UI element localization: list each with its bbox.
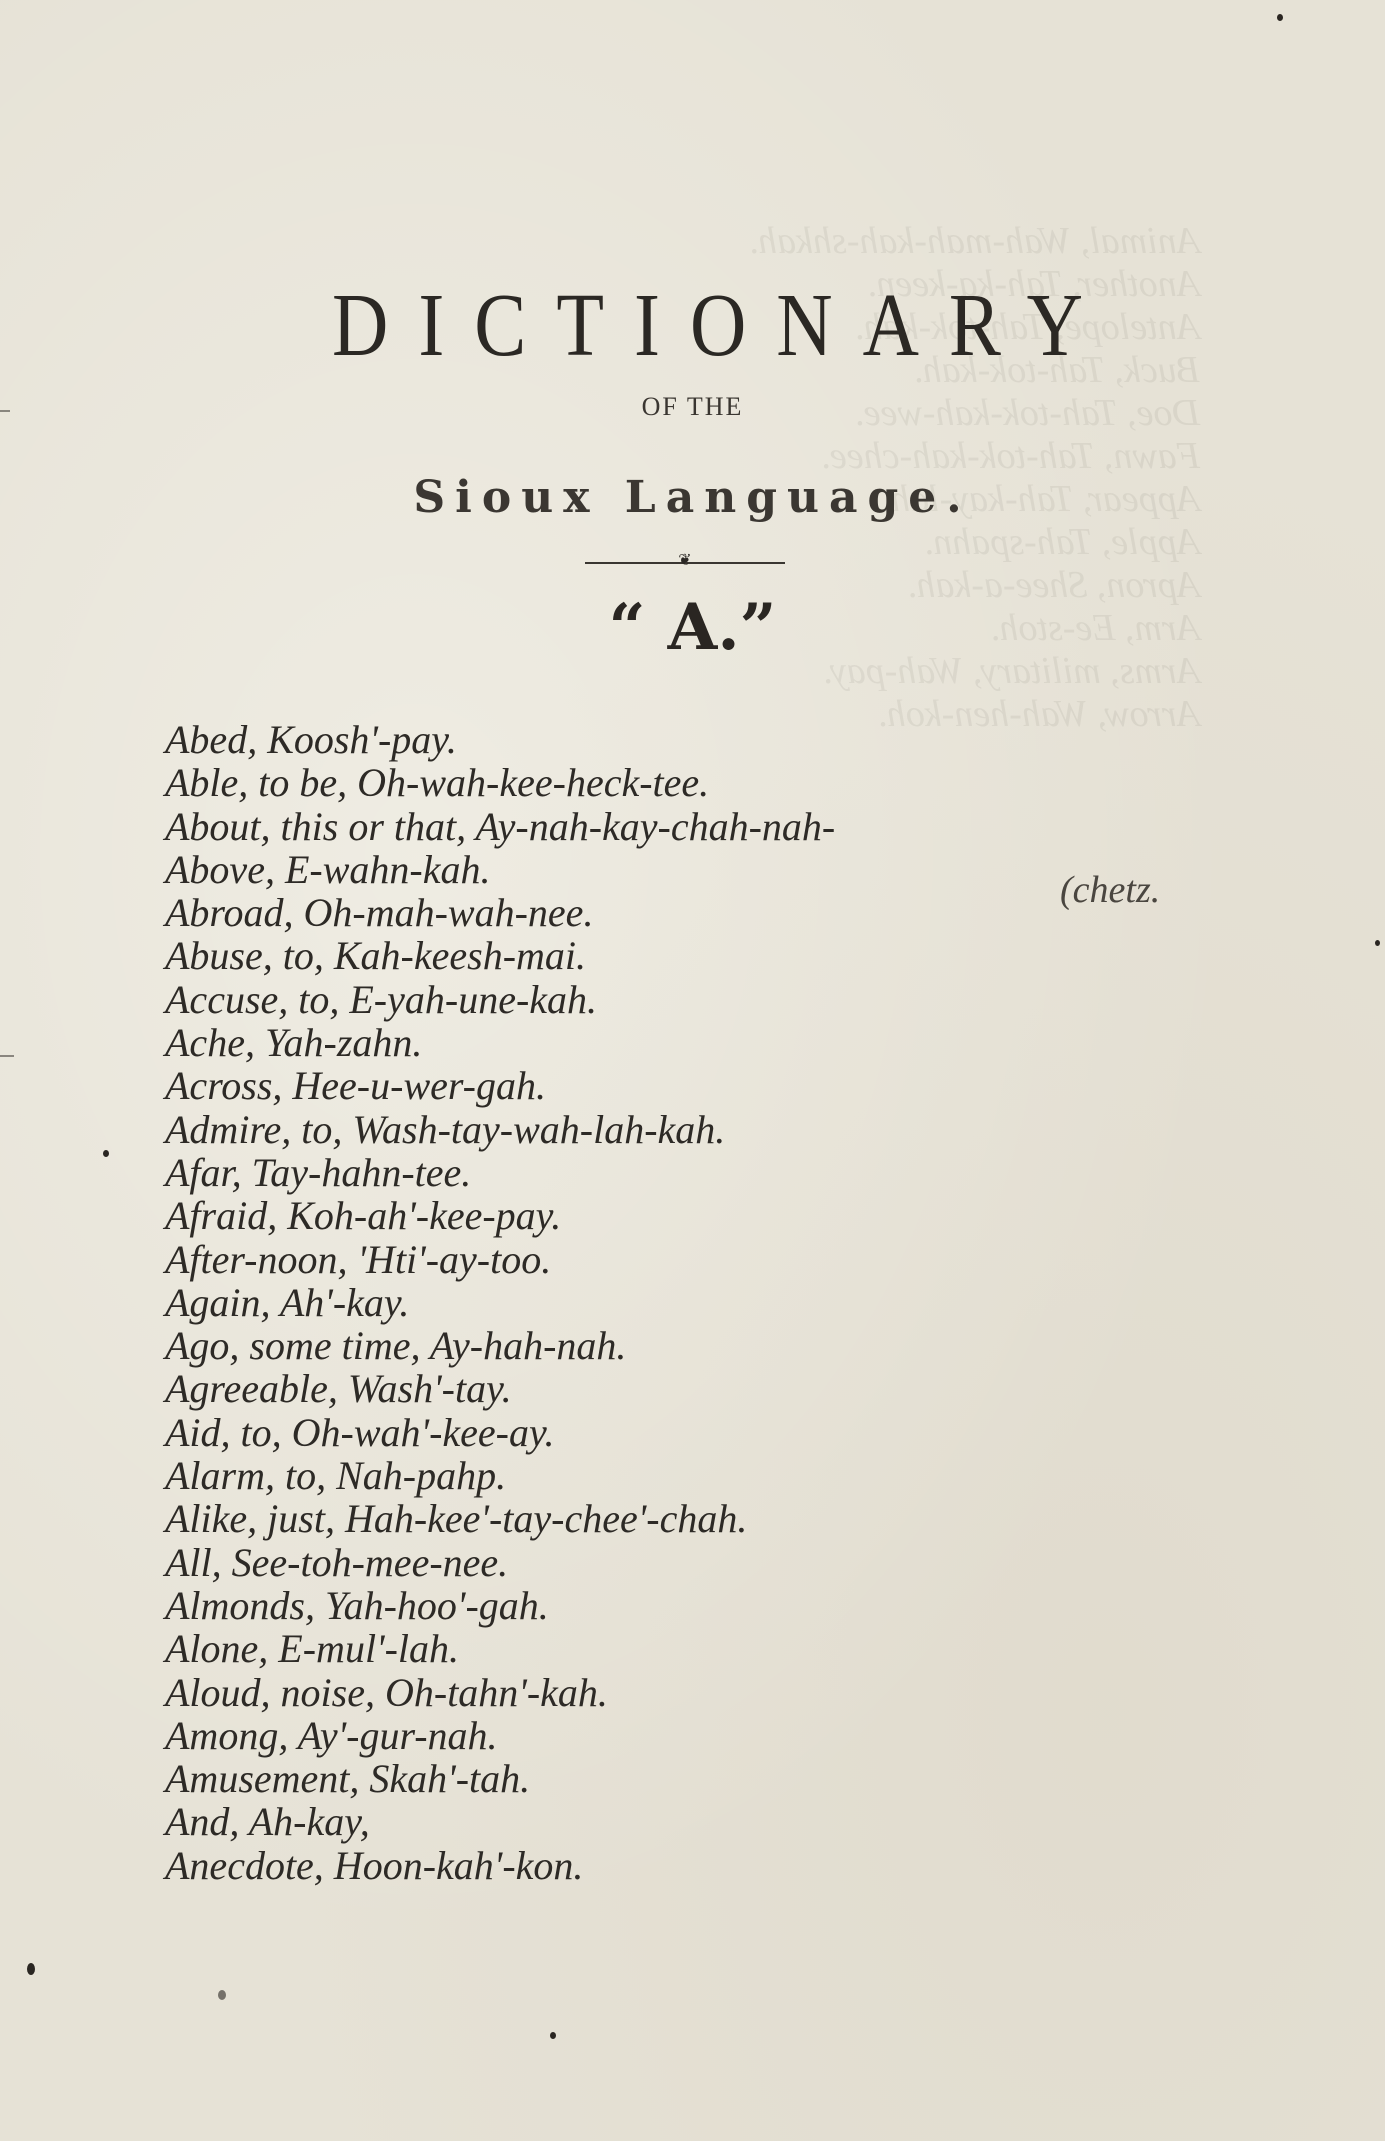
page-title: DICTIONARY (0, 273, 1385, 377)
section-letter-heading: “ A.” (0, 590, 1385, 665)
dictionary-entry: Above, E-wahn-kah. (165, 848, 835, 891)
dictionary-entry: Anecdote, Hoon-kah'-kon. (165, 1844, 835, 1887)
dictionary-entry: Aid, to, Oh-wah'-kee-ay. (165, 1411, 835, 1454)
dictionary-entry: Among, Ay'-gur-nah. (165, 1714, 835, 1757)
dictionary-entry: Again, Ah'-kay. (165, 1281, 835, 1324)
ink-speck (27, 1963, 35, 1975)
dictionary-entry: After-noon, 'Hti'-ay-too. (165, 1238, 835, 1281)
entry-continuation: (chetz. (1060, 868, 1160, 912)
book-page: Animal, Wah-mah-kah-shkah.Another, Tah-k… (0, 0, 1385, 2141)
dictionary-entry: And, Ah-kay, (165, 1800, 835, 1843)
ink-speck (550, 2032, 556, 2039)
dictionary-entry: Alone, E-mul'-lah. (165, 1627, 835, 1670)
rule-ornament-icon: ❦ (670, 550, 700, 569)
ink-speck (1375, 940, 1380, 946)
dictionary-entry: Alike, just, Hah-kee'-tay-chee'-chah. (165, 1497, 835, 1540)
ink-speck (218, 1990, 226, 2000)
dictionary-entry: Admire, to, Wash-tay-wah-lah-kah. (165, 1108, 835, 1151)
dictionary-entry: Ago, some time, Ay-hah-nah. (165, 1324, 835, 1367)
language-heading: Sioux Language. (0, 472, 1385, 523)
dictionary-entries: Abed, Koosh'-pay. Able, to be, Oh-wah-ke… (165, 718, 835, 1887)
ink-speck (103, 1150, 109, 1157)
dictionary-entry: Abroad, Oh-mah-wah-nee. (165, 891, 835, 934)
dictionary-entry: Alarm, to, Nah-pahp. (165, 1454, 835, 1497)
dictionary-entry: Ache, Yah-zahn. (165, 1021, 835, 1064)
ink-speck (0, 1055, 14, 1057)
dictionary-entry: Almonds, Yah-hoo'-gah. (165, 1584, 835, 1627)
dictionary-entry: Abed, Koosh'-pay. (165, 718, 835, 761)
ink-speck (0, 410, 10, 412)
dictionary-entry: Accuse, to, E-yah-une-kah. (165, 978, 835, 1021)
dictionary-entry: All, See-toh-mee-nee. (165, 1541, 835, 1584)
dictionary-entry: About, this or that, Ay-nah-kay-chah-nah… (165, 805, 835, 848)
dictionary-entry: Aloud, noise, Oh-tahn'-kah. (165, 1671, 835, 1714)
dictionary-entry: Abuse, to, Kah-keesh-mai. (165, 934, 835, 977)
dictionary-entry: Agreeable, Wash'-tay. (165, 1367, 835, 1410)
dictionary-entry: Across, Hee-u-wer-gah. (165, 1064, 835, 1107)
ink-speck (1277, 14, 1283, 21)
dictionary-entry: Amusement, Skah'-tah. (165, 1757, 835, 1800)
dictionary-entry: Afar, Tay-hahn-tee. (165, 1151, 835, 1194)
page-subtitle: OF THE (0, 392, 1385, 422)
dictionary-entry: Able, to be, Oh-wah-kee-heck-tee. (165, 761, 835, 804)
dictionary-entry: Afraid, Koh-ah'-kee-pay. (165, 1194, 835, 1237)
